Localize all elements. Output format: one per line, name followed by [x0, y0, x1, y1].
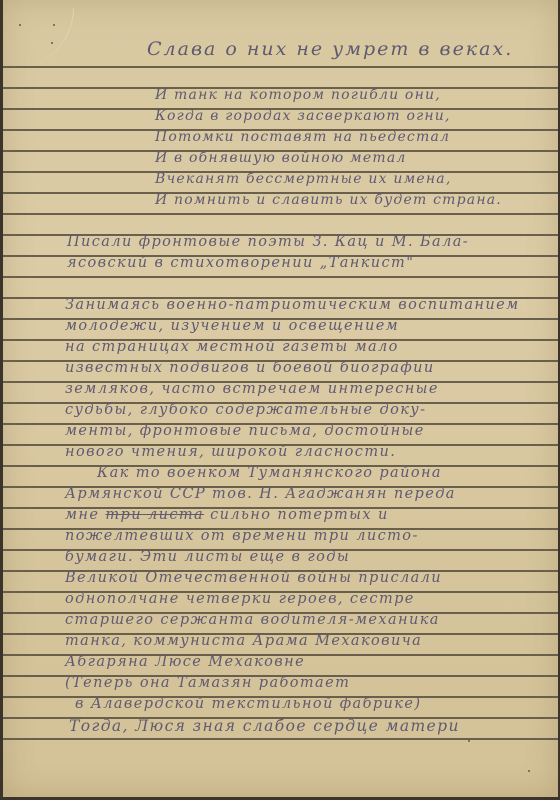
paragraph-line: молодежи, изучением и освещением	[65, 318, 399, 334]
paper-speck	[468, 740, 470, 742]
paragraph-line: на страницах местной газеты мало	[65, 339, 399, 355]
poem-line: Когда в городах засверкают огни,	[155, 108, 451, 124]
paragraph-line: бумаги. Эти листы еще в годы	[65, 549, 350, 565]
paragraph-line: Абгаряна Люсе Мехаковне	[65, 654, 305, 670]
poem-line: И танк на котором погибли они,	[155, 87, 441, 103]
paragraph-line: в Алавердской текстильной фабрике)	[75, 696, 421, 712]
paragraph-line: Великой Отечественной войны прислали	[65, 570, 442, 586]
paragraph-line: однополчане четверки героев, сестре	[65, 591, 415, 607]
paragraph-line: старшего сержанта водителя-механика	[65, 612, 440, 628]
paper-speck	[528, 770, 530, 772]
paragraph-line: нового чтения, широкой гласности.	[65, 444, 396, 460]
struck-through-text: три листа	[105, 507, 204, 523]
paper-speck	[19, 24, 21, 26]
paper-speck	[51, 42, 53, 44]
line-rest: сильно потертых и	[210, 507, 389, 523]
line-word: мне	[65, 507, 99, 523]
document-title: Слава о них не умрет в веках.	[147, 38, 513, 60]
ruled-line	[3, 276, 558, 278]
poem-line: И помнить и славить их будет страна.	[155, 192, 502, 208]
paragraph-line: Армянской ССР тов. Н. Агаджанян переда	[65, 486, 456, 502]
paragraph-line: (Теперь она Тамазян работает	[65, 675, 350, 691]
paragraph-line: менты, фронтовые письма, достойные	[65, 423, 425, 439]
paragraph-line: Тогда, Люся зная слабое сердце матери	[69, 717, 460, 735]
attribution-line: ясовский в стихотворении „Танкист"	[67, 255, 414, 271]
paper-speck	[53, 24, 55, 26]
paragraph-line: судьбы, глубоко содержательные доку-	[65, 402, 426, 418]
paragraph-line: танка, коммуниста Арама Мехаковича	[65, 633, 422, 649]
ruled-line	[3, 66, 558, 68]
attribution-line: Писали фронтовые поэты З. Кац и М. Бала-	[67, 234, 469, 250]
poem-line: Вчеканят бессмертные их имена,	[155, 171, 452, 187]
paragraph-line: земляков, часто встречаем интересные	[65, 381, 439, 397]
paragraph-line: пожелтевших от времени три листо-	[65, 528, 419, 544]
poem-line: Потомки поставят на пьедестал	[155, 129, 450, 145]
ruled-line	[3, 213, 558, 215]
manuscript-page: Слава о них не умрет в веках. И танк на …	[3, 0, 558, 797]
paragraph-line: Как то военком Туманянского района	[97, 465, 442, 481]
paper-crease	[13, 8, 74, 68]
poem-line: И в обнявшую войною метал	[155, 150, 406, 166]
paragraph-line: известных подвигов и боевой биографии	[65, 360, 435, 376]
paragraph-line: мне три листа сильно потертых и	[65, 507, 389, 523]
paragraph-line: Занимаясь военно-патриотическим воспитан…	[65, 297, 520, 313]
ruled-line	[3, 738, 558, 740]
